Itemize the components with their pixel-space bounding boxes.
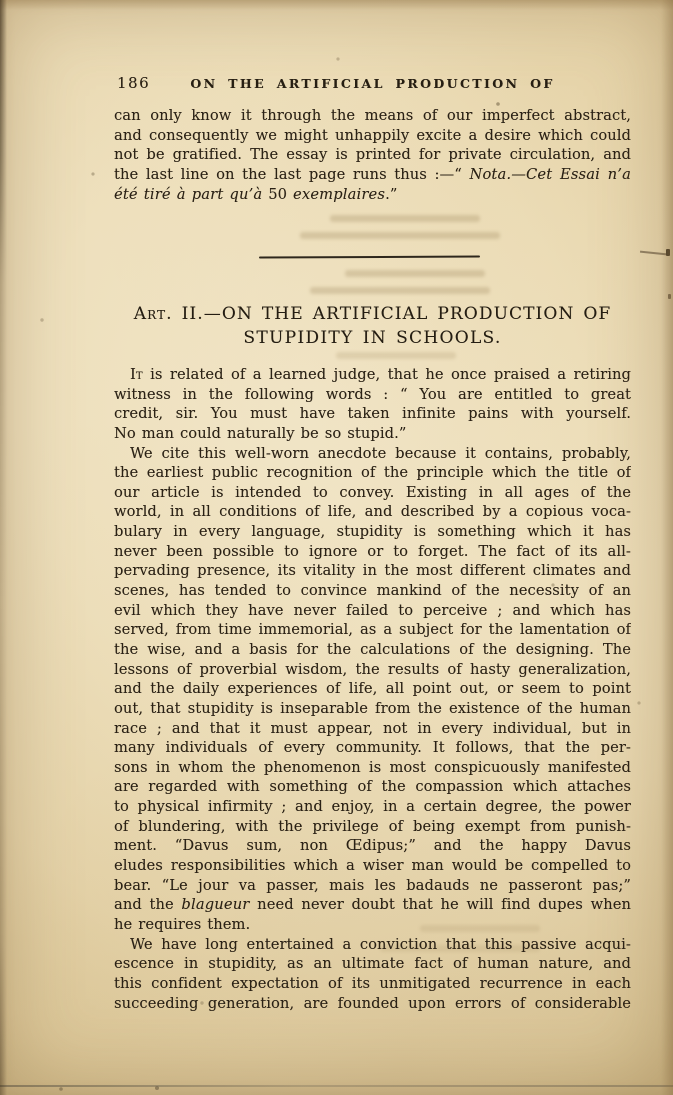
text-line: not be gratified. The essay is printed f… xyxy=(114,145,631,165)
show-through-mark xyxy=(345,270,485,277)
text-line: witness in the following words : “ You a… xyxy=(114,385,631,405)
scan-top-edge-shadow xyxy=(0,0,673,10)
scan-left-edge-shadow xyxy=(0,0,7,1095)
text-line: and consequently we might unhappily exci… xyxy=(114,126,631,146)
scan-bottom-edge xyxy=(0,1085,673,1087)
text-line: never been possible to ignore or to forg… xyxy=(114,542,631,562)
text-line: out, that stupidity is inseparable from … xyxy=(114,699,631,719)
text-line: the earliest public recognition of the p… xyxy=(114,463,631,483)
show-through-mark xyxy=(330,215,480,222)
text-line: bear. “Le jour va passer, mais les badau… xyxy=(114,876,631,896)
text-line: race ; and that it must appear, not in e… xyxy=(114,719,631,739)
text-line: are regarded with something of the compa… xyxy=(114,777,631,797)
text-line: We have long entertained a conviction th… xyxy=(114,935,631,955)
text-line: many individuals of every community. It … xyxy=(114,738,631,758)
text-line: the wise, and a basis for the calculatio… xyxy=(114,640,631,660)
text-line: eludes responsibilities which a wiser ma… xyxy=(114,856,631,876)
text-line: world, in all conditions of life, and de… xyxy=(114,502,631,522)
text-line: escence in stupidity, as an ultimate fac… xyxy=(114,954,631,974)
text-line: bulary in every language, stupidity is s… xyxy=(114,522,631,542)
text-line: It is related of a learned judge, that h… xyxy=(114,365,631,385)
show-through-mark xyxy=(300,232,500,239)
article-heading-line2: STUPIDITY IN SCHOOLS. xyxy=(114,327,631,351)
text-line: credit, sir. You must have taken infinit… xyxy=(114,404,631,424)
show-through-mark xyxy=(336,352,456,359)
text-line: We cite this well-worn anecdote because … xyxy=(114,444,631,464)
text-line: lessons of proverbial wisdom, the result… xyxy=(114,660,631,680)
text-line: served, from time immemorial, as a subje… xyxy=(114,620,631,640)
text-line: of blundering, with the privilege of bei… xyxy=(114,817,631,837)
text-line: pervading presence, its vitality in the … xyxy=(114,561,631,581)
text-line: and the blagueur need never doubt that h… xyxy=(114,895,631,915)
text-line: scenes, has tended to convince mankind o… xyxy=(114,581,631,601)
running-header-title: ON THE ARTIFICIAL PRODUCTION OF xyxy=(114,76,631,91)
article-heading: Art. II.—ON THE ARTIFICIAL PRODUCTION OF… xyxy=(114,303,631,350)
text-line: succeeding generation, are founded upon … xyxy=(114,994,631,1014)
article-body: It is related of a learned judge, that h… xyxy=(114,365,631,1013)
text-line: can only know it through the means of ou… xyxy=(114,106,631,126)
text-line: to physical infirmity ; and enjoy, in a … xyxy=(114,797,631,817)
show-through-mark xyxy=(310,287,490,294)
text-line: our article is intended to convey. Exist… xyxy=(114,483,631,503)
text-line: this confident expectation of its unmiti… xyxy=(114,974,631,994)
text-line: ment. “Davus sum, non Œdipus;” and the h… xyxy=(114,836,631,856)
article-heading-line1: Art. II.—ON THE ARTIFICIAL PRODUCTION OF xyxy=(114,303,631,327)
text-line: the last line on the last page runs thus… xyxy=(114,165,631,185)
text-line: sons in whom the phenomenon is most cons… xyxy=(114,758,631,778)
text-line: evil which they have never failed to per… xyxy=(114,601,631,621)
text-line: and the daily experiences of life, all p… xyxy=(114,679,631,699)
text-line: No man could naturally be so stupid.” xyxy=(114,424,631,444)
scan-right-edge-shadow xyxy=(661,0,673,1095)
text-line: he requires them. xyxy=(114,915,631,935)
section-divider-rule xyxy=(259,256,480,259)
continued-paragraph: can only know it through the means of ou… xyxy=(114,106,631,204)
book-page-scan: 186 ON THE ARTIFICIAL PRODUCTION OF can … xyxy=(0,0,673,1095)
text-line: été tiré à part qu’à 50 exemplaires.” xyxy=(114,185,631,205)
